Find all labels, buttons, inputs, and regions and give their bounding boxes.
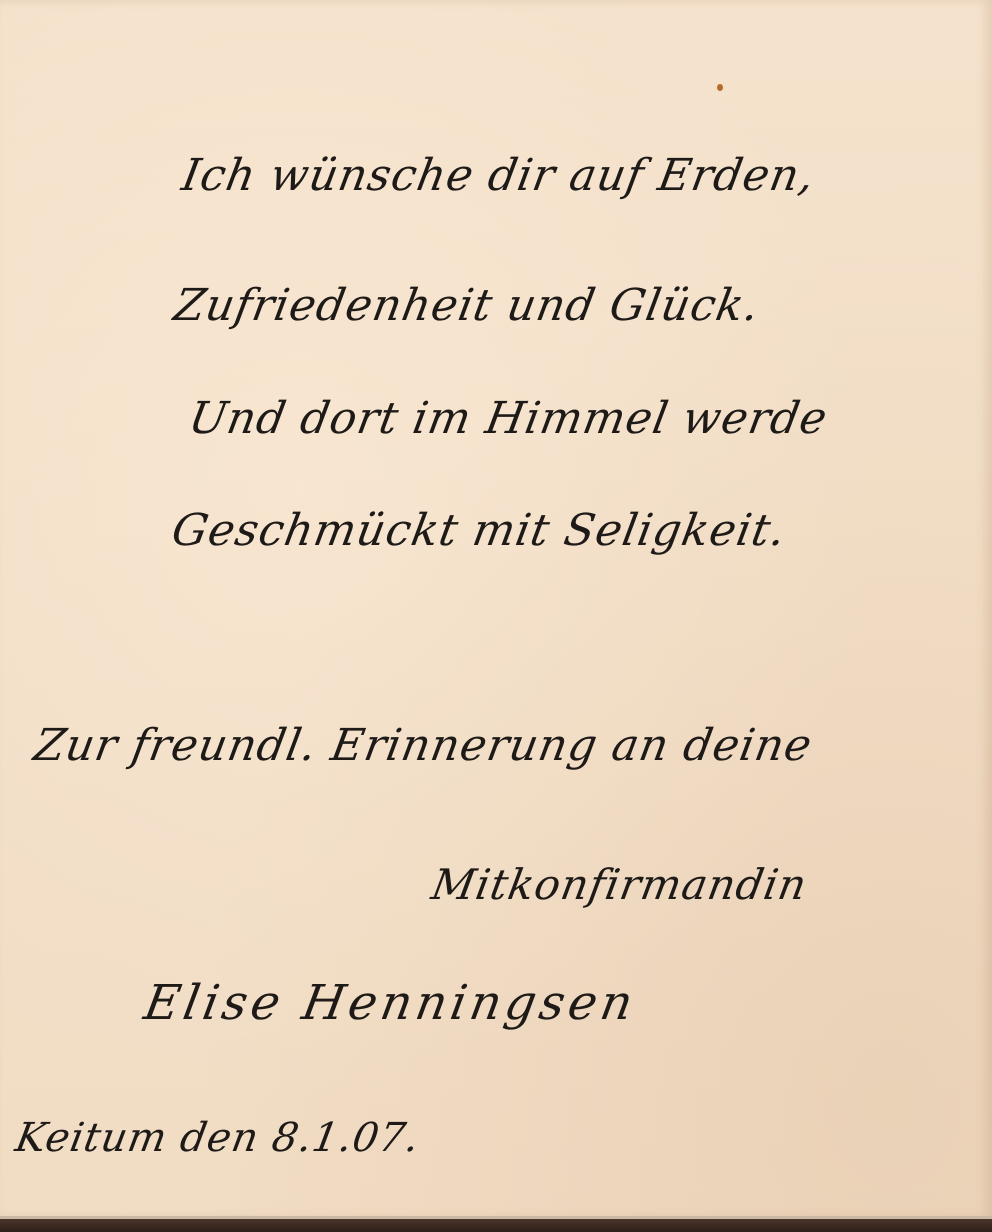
verse-line-3: Und dort im Himmel werde <box>185 393 832 444</box>
verse-line-1: Ich wünsche dir auf Erden, <box>178 150 819 201</box>
role-line: Mitkonfirmandin <box>428 860 811 909</box>
album-page: Ich wünsche dir auf Erden, Zufriedenheit… <box>0 0 992 1218</box>
verse-line-2: Zufriedenheit und Glück. <box>170 280 764 331</box>
dedication-line: Zur freundl. Erinnerung an deine <box>30 720 816 771</box>
place-date: Keitum den 8.1.07. <box>12 1115 424 1161</box>
ink-stain <box>717 84 723 91</box>
album-cover-edge <box>0 1219 992 1232</box>
signature: Elise Henningsen <box>140 975 641 1031</box>
verse-line-4: Geschmückt mit Seligkeit. <box>168 505 790 556</box>
